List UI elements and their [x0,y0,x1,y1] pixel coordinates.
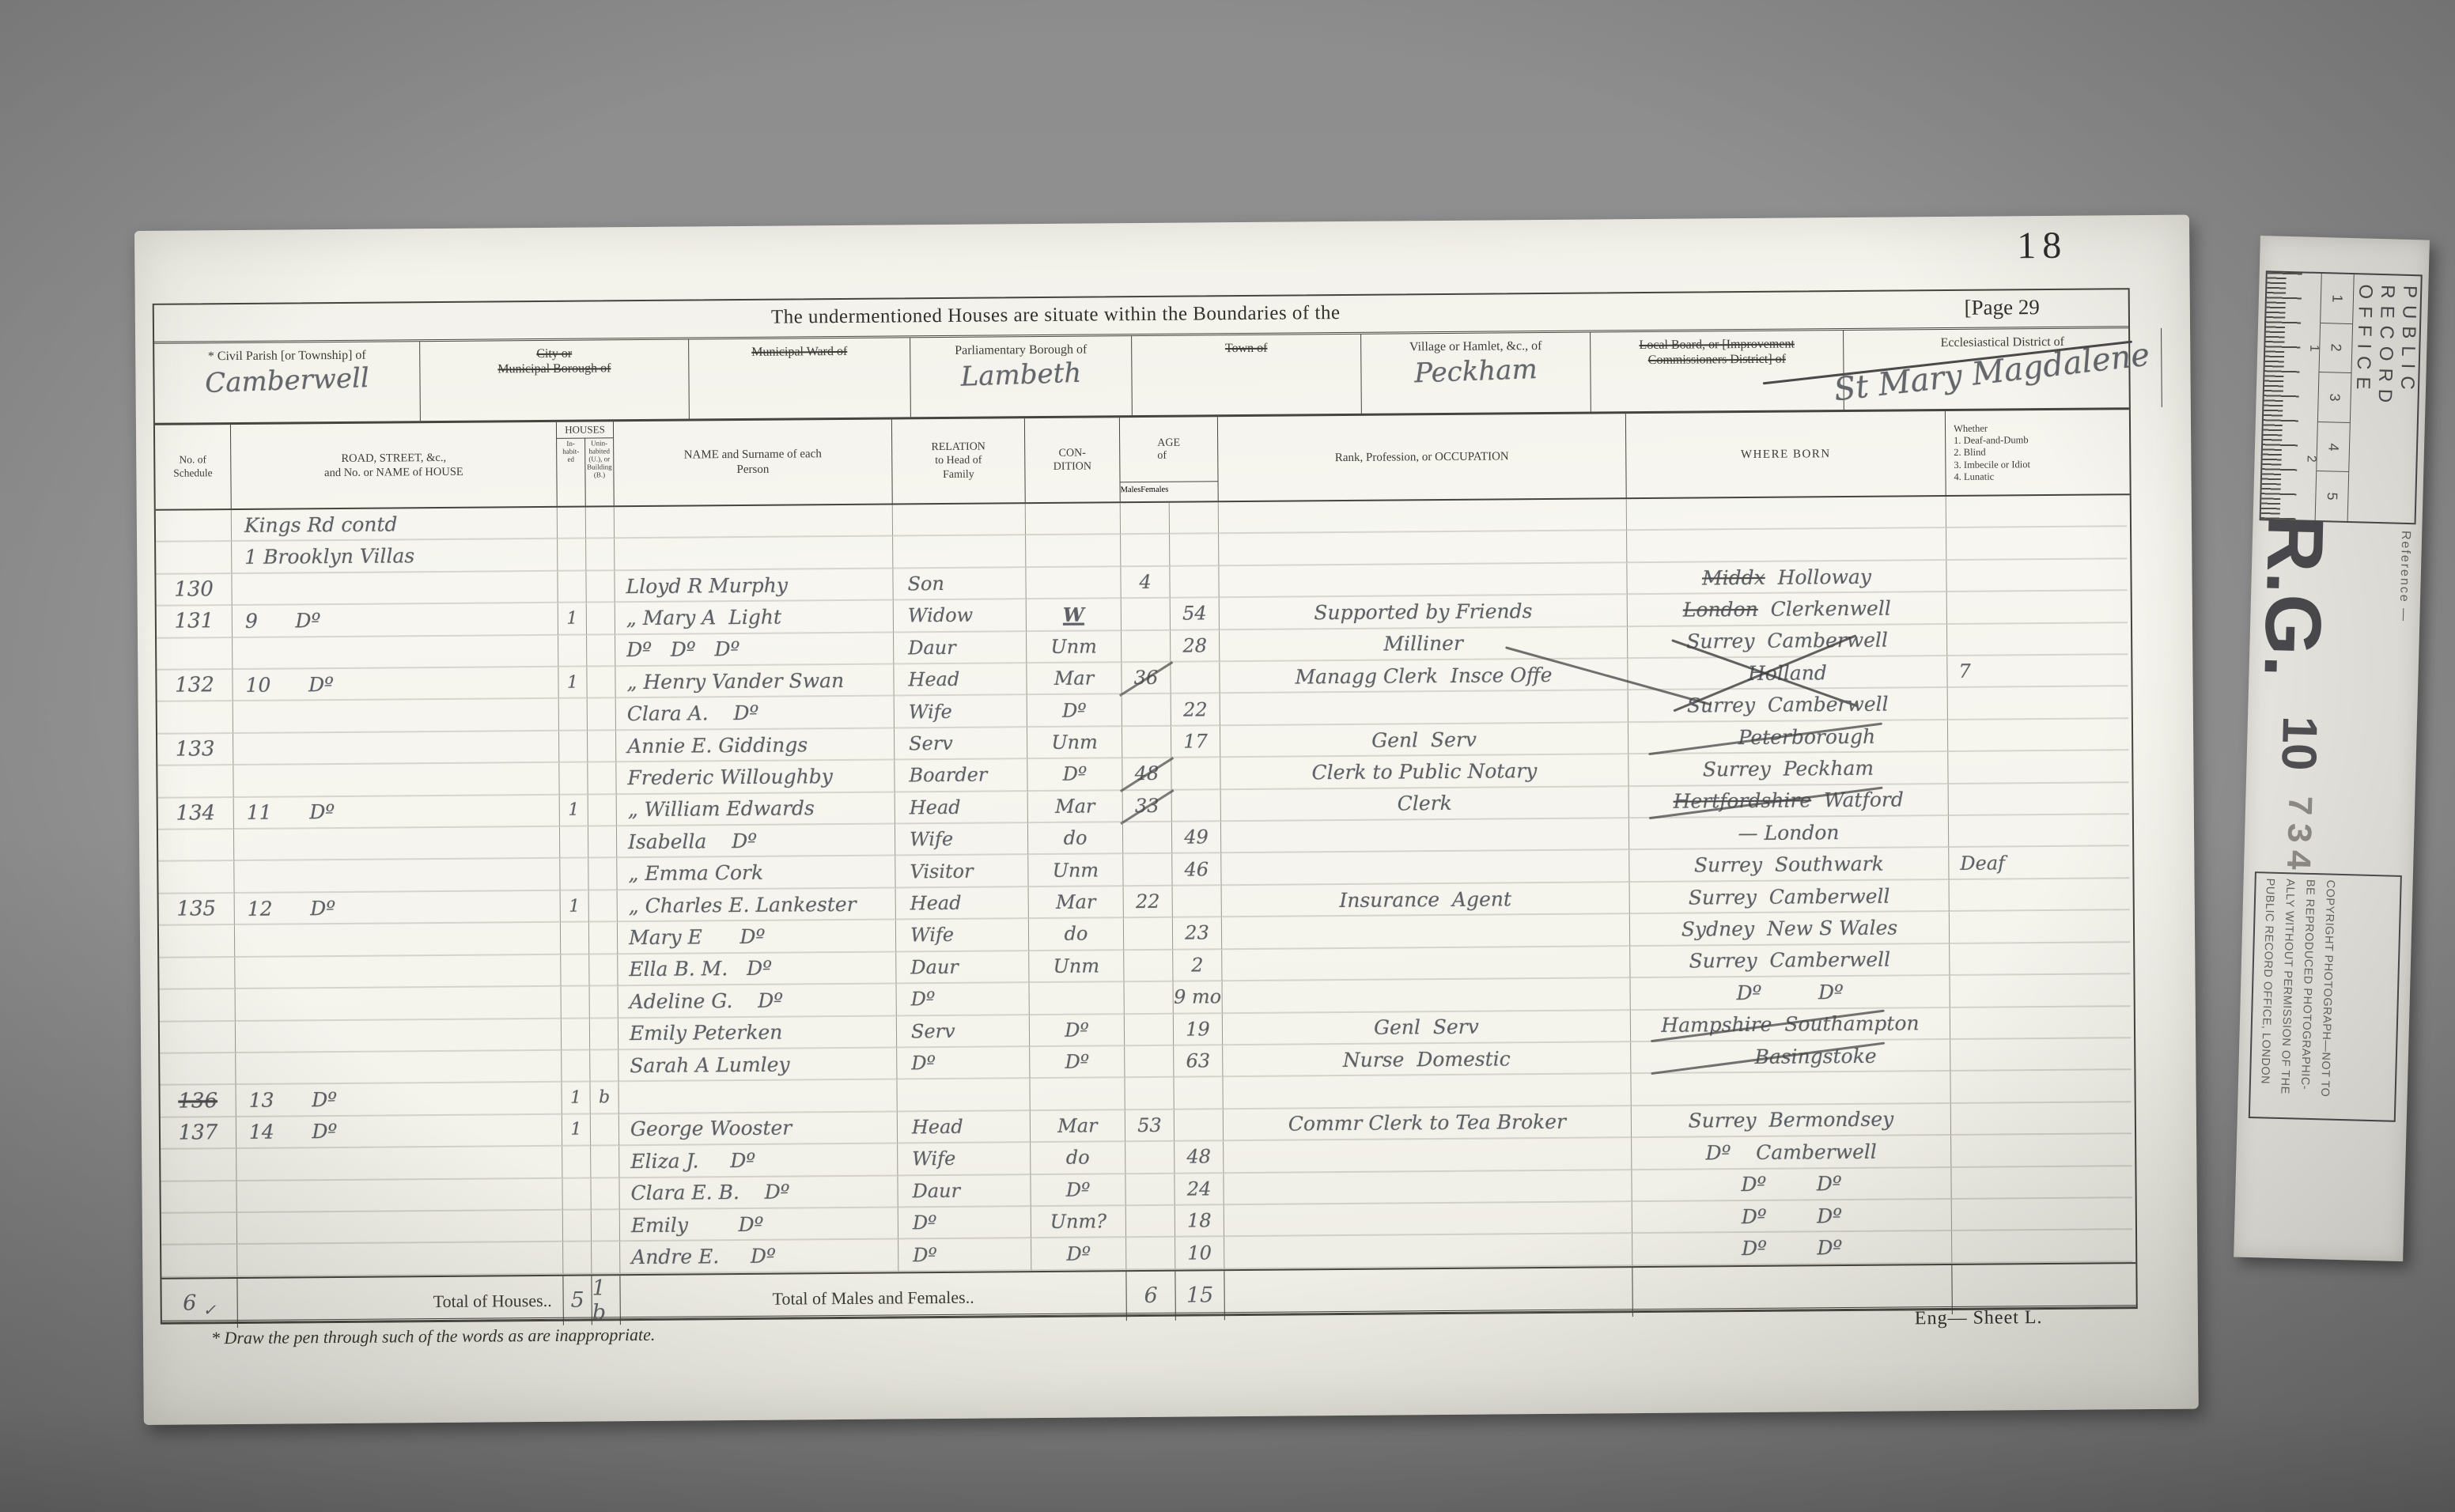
cell-road: 10 Dº [233,667,558,702]
piece-number-stamp: 734 [2279,795,2316,877]
cell-age_f [1175,1109,1224,1142]
cell-road [233,699,559,734]
cell-road [233,635,558,670]
cell-road: Kings Rd contd [232,508,558,542]
cell-inhabited [561,923,589,955]
district-6: Local Board, or [Improvement Commissione… [1591,331,1844,412]
cell-relation: Serv [897,1015,1030,1049]
page-number-stamp: 18 [2017,224,2067,268]
cell-relation: Daur [896,951,1029,985]
cell-condition: do [1028,822,1123,855]
cell-infirmity [1949,815,2129,848]
cell-age_f: 48 [1175,1141,1224,1174]
total-females-cell: 15 [1175,1271,1224,1320]
cell-schedule [161,1213,237,1246]
cell-born: Surrey Bermondsey [1632,1104,1951,1139]
cell-born: Dº Dº [1632,1168,1951,1203]
district-7: Ecclesiastical District ofSt Mary Magdal… [1844,328,2162,410]
cell-born: Surrey Camberwell [1628,688,1948,723]
cell-occupation: Genl Serv [1223,1011,1631,1045]
cell-occupation [1224,1170,1632,1205]
cell-schedule [161,1181,236,1214]
sheet-label: Eng— Sheet L. [1915,1307,2043,1329]
ruler-cm-cell: 5 [2315,471,2348,521]
cell-age_m [1121,535,1170,567]
cell-age_f: 23 [1173,918,1222,951]
col-header-relation: RELATION to Head of Family [892,418,1026,503]
ruler-cm-cell: 2 [2319,323,2352,374]
cell-occupation: Nurse Domestic [1223,1042,1631,1077]
cell-road [234,827,560,862]
col-header-occupation: Rank, Profession, or OCCUPATION [1218,414,1627,501]
cell-name [618,1080,897,1114]
cell-road [237,1242,563,1277]
cell-relation [893,536,1026,569]
cell-road [232,572,558,607]
cell-occupation [1224,1202,1632,1237]
district-1: City or Municipal Borough of [420,339,690,421]
cell-inhabited: 1 [558,667,587,700]
cell-age_f: 24 [1175,1174,1224,1206]
cell-age_f [1170,566,1219,599]
cell-age_m [1125,1078,1174,1110]
cell-schedule [161,1149,236,1181]
cell-name: Dº Dº Dº [615,633,894,667]
cell-uninhabited: b [590,1083,618,1115]
cell-born: Surrey Camberwell [1630,880,1950,915]
cell-age_f [1174,1078,1223,1110]
col-header-uninhabited: Unin- habited (U.), or Building (B.) [585,438,614,505]
cell-inhabited [558,571,586,603]
cell-relation [897,1079,1030,1112]
cell-born: Dº Dº [1630,976,1950,1011]
cell-uninhabited [591,1178,619,1211]
cell-age_f [1170,535,1219,567]
cell-schedule [158,862,234,894]
cell-uninhabited [588,795,617,827]
cell-name: Ella B. M. Dº [618,952,896,986]
total-uninhabited-cell: 1 b [592,1276,620,1325]
cell-road [233,763,559,798]
cell-name: Eliza J. Dº [619,1144,898,1178]
cell-uninhabited [587,603,615,635]
cell-uninhabited [592,1242,620,1275]
ruler-cm-cell: 1 [2321,274,2354,324]
cell-inhabited [559,763,588,796]
cell-occupation [1219,531,1627,566]
cell-infirmity [1948,750,2128,784]
district-0: * Civil Parish [or Township] ofCamberwel… [154,342,421,423]
cell-infirmity [1952,1230,2132,1264]
cell-condition: Mar [1031,1110,1125,1143]
cell-road [234,859,560,894]
cell-infirmity [1947,623,2128,656]
district-label: Local Board, or [Improvement Commissione… [1591,336,1843,369]
cell-relation: Head [896,887,1029,920]
cell-name: Frederic Willoughby [616,761,895,795]
cell-occupation [1221,851,1629,886]
cell-infirmity [1950,1071,2131,1104]
cell-uninhabited [587,667,615,699]
cell-uninhabited [588,859,617,891]
cell-condition [1030,1079,1125,1111]
cell-uninhabited [592,1210,620,1242]
totals-empty-cell [1632,1265,1952,1317]
cell-occupation: Clerk to Public Notary [1220,754,1628,789]
census-sheet: 18 The undermentioned Houses are situate… [134,215,2199,1425]
cell-born: — London [1629,816,1949,851]
cell-infirmity [1948,719,2128,752]
cell-name: Sarah A Lumley [618,1048,897,1082]
cell-relation: Boarder [895,759,1027,792]
cell-infirmity [1949,783,2129,816]
cell-uninhabited [588,699,616,731]
cell-relation: Dº [898,1238,1031,1272]
cell-born: Dº Dº [1632,1231,1952,1266]
cell-born: Hampshire Southampton [1631,1007,1950,1042]
cell-schedule: 130 [156,574,232,607]
cell-infirmity [1951,1166,2132,1200]
col-header-females: Females [1140,482,1168,501]
district-4: Town of [1132,335,1362,415]
cell-name: „ Charles E. Lankester [618,888,896,922]
cell-condition [1026,503,1121,535]
cell-condition [1026,567,1121,599]
cell-schedule [156,510,232,542]
cell-occupation: Milliner [1220,627,1628,662]
cell-inhabited [563,1242,592,1275]
cell-relation: Dº [897,983,1030,1016]
cell-road [237,1211,563,1246]
cell-infirmity [1946,527,2127,561]
cell-condition: Unm [1028,855,1123,887]
cell-age_m [1126,1206,1175,1238]
ruler-ticks: 12 [2261,272,2322,520]
cell-born: Peterborough [1628,720,1948,755]
page-label: [Page 29 [1964,295,2039,320]
copyright-box: COPYRIGHT PHOTOGRAPH—NOT TO BE REPRODUCE… [2249,871,2402,1122]
cell-inhabited: 1 [558,603,587,636]
cell-name: „ William Edwards [617,792,895,826]
cell-road: 9 Dº [233,603,558,638]
census-form: The undermentioned Houses are situate wi… [153,288,2138,1324]
cell-inhabited [560,827,588,860]
cell-schedule [156,542,232,574]
cell-schedule: 135 [159,894,235,926]
cell-road: 11 Dº [234,795,560,830]
cell-road [236,1051,562,1086]
cell-relation: Wife [895,823,1028,856]
cell-infirmity [1950,1007,2131,1040]
cell-age_f: 49 [1172,822,1221,854]
cell-schedule: 137 [161,1117,236,1150]
total-males-cell: 6 [1126,1271,1175,1320]
cell-age_m [1124,918,1173,951]
cell-uninhabited [589,923,618,955]
cell-inhabited [559,699,588,731]
cell-uninhabited [591,1114,619,1147]
cell-name: Annie E. Giddings [616,728,895,762]
pro-office-title: PUBLIC RECORD OFFICE [2348,274,2421,523]
cell-occupation: Managg Clerk Insce Offe [1220,659,1628,694]
cell-age_m: 48 [1122,758,1171,791]
cell-uninhabited [590,1050,618,1083]
col-header-males: Males [1121,482,1141,501]
cell-relation: Dº [897,1047,1030,1080]
cell-occupation [1224,1138,1632,1173]
ruler-inch-number: 2 [2304,455,2318,463]
cell-schedule: 132 [157,670,233,702]
cell-condition: Dº [1031,1174,1125,1207]
cell-condition: Mar [1027,663,1122,695]
district-label: Municipal Ward of [689,343,910,360]
cell-relation: Daur [898,1175,1031,1208]
cell-inhabited [563,1210,592,1242]
cell-born: Basingstoke [1631,1040,1950,1075]
cell-age_f: 10 [1175,1238,1224,1270]
cell-infirmity [1950,943,2130,976]
col-header-inhabited: In- habit- ed [557,439,586,506]
cell-age_f [1170,502,1219,535]
cell-age_m [1125,1142,1175,1174]
cell-inhabited [560,859,588,891]
cell-schedule [157,765,233,798]
cell-infirmity: Deaf [1949,847,2129,880]
cell-age_m: 33 [1123,790,1172,822]
cell-age_m [1124,950,1173,982]
cell-relation: Widow [894,599,1027,633]
cell-age_f: 9 mo [1174,981,1223,1014]
cell-uninhabited [587,635,615,667]
district-2: Municipal Ward of [689,338,911,418]
col-header-where-born: WHERE BORN [1626,411,1946,497]
cell-condition: Unm? [1031,1206,1126,1238]
cell-road: 14 Dº [236,1115,562,1150]
cell-infirmity [1948,687,2128,720]
cell-age_m [1122,630,1171,663]
cell-relation: Visitor [895,856,1028,889]
cell-age_m [1125,982,1174,1015]
cell-uninhabited [588,731,616,763]
cell-name: Adeline G. Dº [618,985,897,1019]
cell-born: Middx Holloway [1627,561,1946,595]
cell-condition: do [1031,1142,1125,1174]
district-value: Camberwell [154,361,420,401]
form-heading: The undermentioned Houses are situate wi… [771,302,1341,329]
cell-uninhabited [588,762,616,795]
cell-condition: W [1027,599,1122,631]
cell-relation [893,504,1026,537]
cell-uninhabited [590,1019,618,1051]
total-schedules-cell: 6✓ [161,1279,237,1329]
cell-schedule [159,925,235,958]
district-label: Town of [1132,340,1360,357]
cell-schedule: 134 [158,798,234,830]
cell-age_m: 53 [1125,1109,1175,1142]
cell-uninhabited [589,954,618,987]
cell-relation: Head [894,663,1027,697]
cell-inhabited: 1 [562,1083,590,1115]
cell-inhabited [562,1178,591,1211]
cell-name: Mary E Dº [618,920,896,954]
cell-inhabited [559,731,588,763]
cell-age_m [1125,1014,1174,1046]
cell-inhabited: 1 [560,795,588,827]
cell-occupation [1222,978,1630,1013]
cell-age_m [1121,503,1170,535]
cell-occupation [1224,1234,1632,1269]
cell-infirmity [1950,974,2130,1007]
cell-inhabited [562,987,590,1019]
cell-occupation [1221,818,1629,853]
cell-infirmity [1946,495,2127,528]
cell-infirmity [1950,879,2130,912]
cell-occupation: Genl Serv [1220,723,1628,758]
cell-schedule [157,638,233,671]
cell-road [236,1019,562,1053]
cell-age_f [1173,886,1222,918]
cell-infirmity [1947,591,2128,624]
cell-condition: Mar [1028,791,1123,823]
reference-label: Reference — [2396,531,2412,623]
totals-empty-cell [1224,1268,1632,1320]
district-5: Village or Hamlet, &c., ofPeckham [1361,333,1591,414]
cell-occupation [1223,1074,1631,1109]
cell-age_m [1125,1046,1174,1079]
total-inhabited-cell: 5 [563,1276,592,1325]
ruler-inch-number: 1 [2306,345,2321,352]
photographed-census-page: 18 The undermentioned Houses are situate… [0,0,2455,1512]
cell-relation: Daur [894,632,1027,665]
cell-age_m [1122,599,1171,631]
cell-condition: do [1029,918,1124,951]
cell-age_m [1122,727,1171,759]
cell-born: Surrey Camberwell [1630,944,1950,979]
cell-name [615,505,893,539]
cell-occupation [1220,691,1628,726]
series-label: R.G. [2252,514,2335,679]
cell-uninhabited [586,539,615,572]
cell-age_m: 22 [1124,886,1173,919]
cell-schedule [160,989,236,1022]
cell-road: 1 Brooklyn Villas [232,539,558,574]
cell-age_m [1122,694,1171,727]
cell-inhabited [558,635,587,667]
district-value: Peckham [1361,352,1591,391]
col-header-houses: HOUSES In- habit- ed Unin- habited (U.),… [557,421,615,506]
cell-inhabited: 1 [561,890,589,923]
cell-name [615,537,893,571]
cell-road [236,1147,562,1181]
check-mark: ✓ [202,1300,216,1319]
cell-relation: Head [895,792,1028,825]
cell-inhabited [558,508,586,540]
cell-name: Emily Dº [620,1208,898,1242]
cell-born: Dº Dº [1632,1200,1952,1234]
total-mf-label-cell: Total of Males and Females.. [620,1272,1126,1325]
cell-occupation [1219,499,1627,534]
col-header-infirmity: Whether 1. Deaf-and-Dumb 2. Blind 3. Imb… [1946,410,2127,495]
cell-inhabited [562,1147,591,1179]
cell-relation: Wife [896,919,1029,952]
cell-age_m [1125,1174,1175,1206]
cell-relation: Son [893,568,1026,601]
cell-born: Surrey Peckham [1628,752,1948,787]
cell-occupation [1219,563,1627,598]
col-header-road: ROAD, STREET, &c., and No. or NAME of HO… [231,422,558,508]
cell-infirmity [1950,910,2130,943]
cell-uninhabited [586,571,615,603]
cell-age_f [1171,662,1220,694]
footnote: * Draw the pen through such of the words… [211,1325,656,1348]
cell-name: Clara E. B. Dº [619,1176,898,1210]
cell-road [236,987,562,1022]
cell-inhabited [561,954,589,987]
cell-age_m: 4 [1121,567,1170,599]
cell-condition: Unm [1027,727,1122,759]
cell-schedule [159,958,235,990]
col-header-age: AGE of Males Females [1120,417,1219,501]
cell-condition: Dº [1027,695,1122,728]
ruler: 12 12345 PUBLIC RECORD OFFICE [2260,270,2423,524]
cell-occupation: Insurance Agent [1222,883,1630,917]
cell-age_f [1172,790,1221,822]
district-3: Parliamentary Borough ofLambeth [910,336,1133,417]
ruler-cm-cell: 4 [2317,422,2350,473]
cell-uninhabited [589,890,618,923]
total-houses-label-cell: Total of Houses.. [237,1276,563,1328]
cell-condition: Dº [1031,1238,1126,1271]
cell-uninhabited [586,507,615,539]
cell-name: George Wooster [619,1112,898,1146]
cell-schedule [160,1022,236,1054]
cell-condition [1030,982,1125,1015]
col-header-condition: CON- DITION [1025,418,1121,502]
cell-uninhabited [590,986,618,1019]
cell-name: Emily Peterken [618,1016,897,1050]
cell-road [233,731,559,766]
cell-born: Surrey Southwark [1629,848,1949,883]
cell-relation: Dº [898,1207,1031,1240]
cell-infirmity [1950,1038,2131,1072]
cell-name: „ Henry Vander Swan [615,665,894,699]
cell-born: Hertfordshire Watford [1629,784,1949,819]
cell-condition: Dº [1030,1046,1125,1079]
cell-infirmity [1951,1102,2132,1136]
cell-name: Isabella Dº [617,825,895,859]
col-header-name: NAME and Surname of each Person [614,419,893,505]
cell-road [235,923,561,958]
cell-infirmity: 7 [1947,655,2128,688]
cell-age_f: 22 [1171,694,1220,727]
cell-schedule [157,701,233,734]
copyright-text: COPYRIGHT PHOTOGRAPH—NOT TO BE REPRODUCE… [2253,878,2340,1114]
cell-occupation [1222,947,1630,981]
cell-age_f: 46 [1172,854,1221,886]
cell-age_m: 36 [1122,663,1171,695]
districts-band: * Civil Parish [or Township] ofCamberwel… [154,328,2129,425]
cell-name: „ Emma Cork [617,856,895,890]
cell-age_f: 18 [1175,1205,1224,1238]
cell-condition [1026,535,1121,568]
cell-born: Dº Camberwell [1632,1136,1951,1170]
cell-occupation: Clerk [1221,787,1629,822]
cell-age_f: 2 [1173,950,1222,982]
cell-schedule: 133 [157,734,233,766]
cell-uninhabited [588,826,617,859]
cell-relation: Wife [898,1143,1031,1176]
cell-schedule: 136 [160,1085,236,1117]
